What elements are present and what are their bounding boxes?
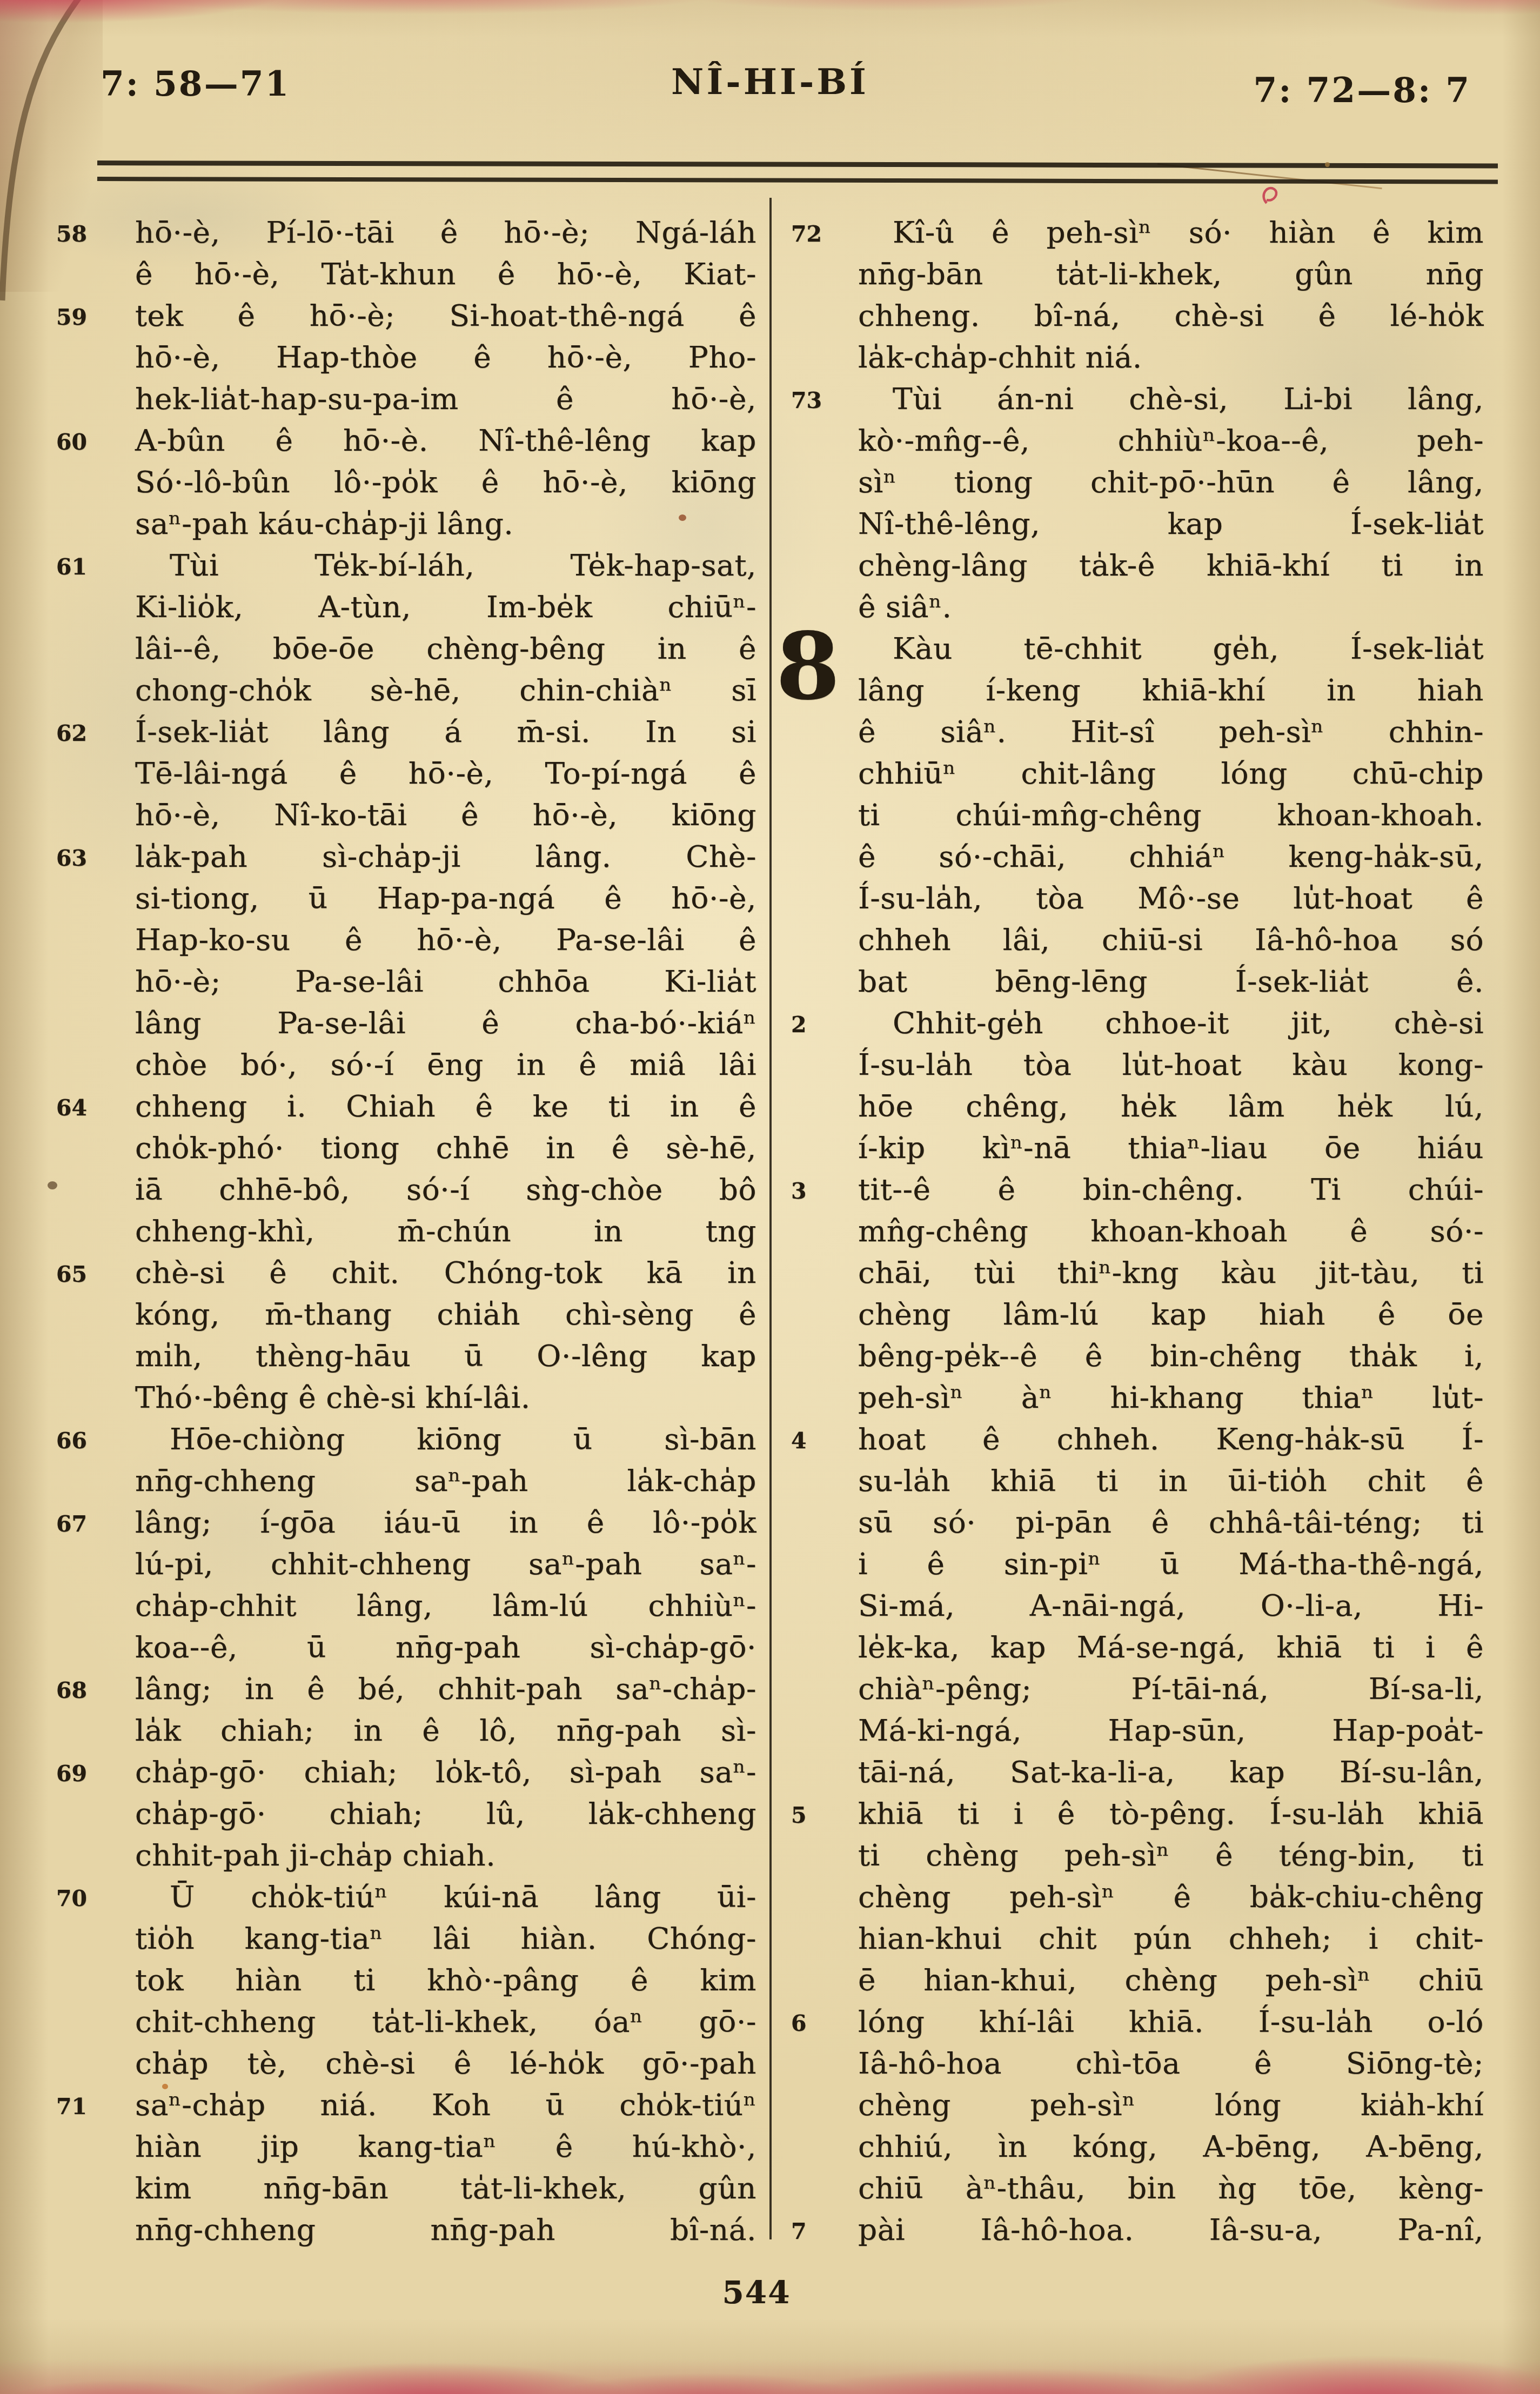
verse-number: 72 bbox=[791, 213, 840, 255]
text-line: kim nn̄g-bān ta̍t-li-khek, gûn bbox=[135, 2168, 756, 2209]
line-text: Ū cho̍k-tiúⁿ kúi-nā lâng ūi- bbox=[170, 1880, 756, 1914]
line-text: chhit-pah ji-cha̍p chiah. bbox=[135, 1838, 496, 1873]
line-text: la̍k-pah sì-cha̍p-ji lâng. Chè- bbox=[135, 839, 756, 874]
line-text: ê hō·-è, Ta̍t-khun ê hō·-è, Kiat- bbox=[135, 257, 756, 291]
text-line: i ê sin-piⁿ ū Má-tha-thê-ngá, bbox=[858, 1543, 1484, 1585]
header-rule bbox=[97, 161, 1498, 184]
verse-number: 7 bbox=[791, 2211, 840, 2252]
text-line: cha̍p tè, chè-si ê lé-ho̍k gō·-pah bbox=[135, 2043, 756, 2084]
verse-number: 62 bbox=[56, 713, 105, 754]
verse-number: 59 bbox=[56, 297, 105, 338]
text-line: kò·-mn̂g--ê, chhiùⁿ-koa--ê, peh- bbox=[858, 420, 1484, 462]
line-text: lâng Pa-se-lâi ê cha-bó·-kiáⁿ bbox=[135, 1006, 756, 1040]
line-text: chheng. bî-ná, chè-si ê lé-ho̍k bbox=[858, 298, 1484, 333]
line-text: ti chèng peh-sìⁿ ê téng-bin, ti bbox=[858, 1838, 1484, 1873]
verse-number: 70 bbox=[56, 1878, 105, 1920]
text-line: peh-sìⁿ àⁿ hi-khang thiaⁿ lu̍t- bbox=[858, 1377, 1484, 1419]
text-line: 60A-bûn ê hō·-è. Nî-thê-lêng kap bbox=[135, 420, 756, 462]
text-line: hō·-è, Nî-ko-tāi ê hō·-è, kiōng bbox=[135, 794, 756, 836]
text-line: ê hō·-è, Ta̍t-khun ê hō·-è, Kiat- bbox=[135, 253, 756, 295]
text-line: bêng-pe̍k--ê ê bin-chêng tha̍k i, bbox=[858, 1335, 1484, 1377]
text-line: 5khiā ti i ê tò-pêng. Í-su-la̍h khiā bbox=[858, 1793, 1484, 1835]
line-text: kim nn̄g-bān ta̍t-li-khek, gûn bbox=[135, 2171, 756, 2205]
text-line: ti chèng peh-sìⁿ ê téng-bin, ti bbox=[858, 1835, 1484, 1876]
line-text: Tē-lâi-ngá ê hō·-è, To-pí-ngá ê bbox=[135, 756, 756, 791]
line-text: chèng peh-sìⁿ lóng kia̍h-khí bbox=[858, 2088, 1484, 2122]
line-text: lâng í-keng khiā-khí in hiah bbox=[858, 673, 1484, 707]
line-text: Hōe-chiòng kiōng ū sì-bān bbox=[170, 1422, 756, 1456]
text-line: 67lâng; í-gōa iáu-ū in ê lô·-po̍k bbox=[135, 1502, 756, 1543]
text-line: chhiú, ìn kóng, A-bēng, A-bēng, bbox=[858, 2126, 1484, 2168]
text-line: hek-lia̍t-hap-su-pa-im ê hō·-è, bbox=[135, 378, 756, 420]
text-line: 66Hōe-chiòng kiōng ū sì-bān bbox=[135, 1419, 756, 1460]
text-line: tok hiàn ti khò·-pâng ê kim bbox=[135, 1960, 756, 2001]
text-line: iā chhē-bô, só·-í sǹg-chòe bô bbox=[135, 1169, 756, 1211]
text-line: chāi, tùi thiⁿ-kng kàu jit-tàu, ti bbox=[858, 1252, 1484, 1294]
verse-number: 67 bbox=[56, 1503, 105, 1545]
speck bbox=[48, 1181, 57, 1189]
text-line: nn̄g-bān ta̍t-li-khek, gûn nn̄g bbox=[858, 253, 1484, 295]
text-line: ti chúi-mn̂g-chêng khoan-khoah. bbox=[858, 794, 1484, 836]
text-line: Nî-thê-lêng, kap Í-sek-lia̍t bbox=[858, 503, 1484, 545]
line-text: nn̄g-chheng nn̄g-pah bî-ná. bbox=[135, 2212, 756, 2247]
line-text: Chhit-ge̍h chhoe-it jit, chè-si bbox=[893, 1006, 1484, 1040]
line-text: Só·-lô-bûn lô·-po̍k ê hō·-è, kiōng bbox=[135, 465, 756, 499]
text-line: chòe bó·, só·-í ēng in ê miâ lâi bbox=[135, 1044, 756, 1086]
line-text: cho̍k-phó· tiong chhē in ê sè-hē, bbox=[135, 1131, 756, 1165]
line-text: hō·-è, Pí-lō·-tāi ê hō·-è; Ngá-láh bbox=[135, 215, 756, 250]
text-line: le̍k-ka, kap Má-se-ngá, khiā ti i ê bbox=[858, 1627, 1484, 1668]
line-text: Hap-ko-su ê hō·-è, Pa-se-lâi ê bbox=[135, 922, 756, 957]
text-line: Tē-lâi-ngá ê hō·-è, To-pí-ngá ê bbox=[135, 753, 756, 794]
line-text: ê siâⁿ. bbox=[858, 590, 952, 624]
text-line: Só·-lô-bûn lô·-po̍k ê hō·-è, kiōng bbox=[135, 462, 756, 503]
text-line: chheng. bî-ná, chè-si ê lé-ho̍k bbox=[858, 295, 1484, 337]
line-text: cha̍p-chhit lâng, lâm-lú chhiùⁿ- bbox=[135, 1588, 756, 1623]
text-line: ê só·-chāi, chhiáⁿ keng-ha̍k-sū, bbox=[858, 836, 1484, 878]
line-text: Tùi án-ni chè-si, Li-bi lâng, bbox=[893, 382, 1484, 416]
verse-number: 65 bbox=[56, 1254, 105, 1295]
text-line: mi̍h, thèng-hāu ū O·-lêng kap bbox=[135, 1335, 756, 1377]
text-line: hiàn jip kang-tiaⁿ ê hú-khò·, bbox=[135, 2126, 756, 2168]
text-line: su-la̍h khiā ti in ūi-tio̍h chit ê bbox=[858, 1460, 1484, 1502]
text-line: lú-pi, chhit-chheng saⁿ-pah saⁿ- bbox=[135, 1543, 756, 1585]
line-text: i ê sin-piⁿ ū Má-tha-thê-ngá, bbox=[858, 1547, 1484, 1581]
line-text: tok hiàn ti khò·-pâng ê kim bbox=[135, 1963, 756, 1997]
text-line: kóng, m̄-thang chia̍h chì-sèng ê bbox=[135, 1294, 756, 1335]
book-page: 7: 58—71 NÎ-HI-BÍ 7: 72—8: 7 58hō·-è, Pí… bbox=[0, 0, 1540, 2394]
left-column: 58hō·-è, Pí-lō·-tāi ê hō·-è; Ngá-láhê hō… bbox=[135, 212, 756, 2251]
line-text: ti chúi-mn̂g-chêng khoan-khoah. bbox=[858, 798, 1484, 832]
line-text: chiàⁿ-pêng; Pí-tāi-ná, Bí-sa-li, bbox=[858, 1671, 1484, 1706]
line-text: hō·-è, Hap-thòe ê hō·-è, Pho- bbox=[135, 340, 756, 375]
text-line: 4hoat ê chheh. Keng-ha̍k-sū Í- bbox=[858, 1419, 1484, 1460]
text-line: nn̄g-chheng nn̄g-pah bî-ná. bbox=[135, 2209, 756, 2251]
line-text: cha̍p-gō· chiah; lo̍k-tô, sì-pah saⁿ- bbox=[135, 1755, 756, 1789]
line-text: kò·-mn̂g--ê, chhiùⁿ-koa--ê, peh- bbox=[858, 423, 1484, 458]
verse-number: 4 bbox=[791, 1420, 840, 1462]
line-text: tāi-ná, Sat-ka-li-a, kap Bí-su-lân, bbox=[858, 1755, 1484, 1789]
text-line: ê siâⁿ. bbox=[858, 586, 1484, 628]
right-column: 72Kî-û ê peh-sìⁿ só· hiàn ê kimnn̄g-bān … bbox=[858, 212, 1484, 2251]
line-text: pài Iâ-hô-hoa. Iâ-su-a, Pa-nî, bbox=[858, 2212, 1484, 2247]
text-line: tio̍h kang-tiaⁿ lâi hiàn. Chóng- bbox=[135, 1918, 756, 1960]
line-text: bêng-pe̍k--ê ê bin-chêng tha̍k i, bbox=[858, 1339, 1484, 1373]
line-text: kóng, m̄-thang chia̍h chì-sèng ê bbox=[135, 1297, 756, 1332]
text-line: 68lâng; in ê bé, chhit-pah saⁿ-cha̍p- bbox=[135, 1668, 756, 1710]
line-text: tio̍h kang-tiaⁿ lâi hiàn. Chóng- bbox=[135, 1921, 756, 1956]
text-line: saⁿ-pah káu-cha̍p-ji lâng. bbox=[135, 503, 756, 545]
line-text: chheng i. Chiah ê ke ti in ê bbox=[135, 1089, 756, 1124]
line-text: Nî-thê-lêng, kap Í-sek-lia̍t bbox=[858, 506, 1484, 541]
text-line: sū só· pi-pān ê chhâ-tâi-téng; ti bbox=[858, 1502, 1484, 1543]
text-line: chhit-pah ji-cha̍p chiah. bbox=[135, 1835, 756, 1876]
verse-number: 73 bbox=[791, 380, 840, 422]
line-text: iā chhē-bô, só·-í sǹg-chòe bô bbox=[135, 1172, 756, 1207]
verse-number: 6 bbox=[791, 2003, 840, 2044]
line-text: ê siâⁿ. Hit-sî peh-sìⁿ chhin- bbox=[858, 714, 1484, 749]
line-text: chong-cho̍k sè-hē, chin-chiàⁿ sī bbox=[135, 673, 756, 707]
verse-number: 5 bbox=[791, 1795, 840, 1836]
line-text: tek ê hō·-è; Si-hoat-thê-ngá ê bbox=[135, 298, 756, 333]
line-text: su-la̍h khiā ti in ūi-tio̍h chit ê bbox=[858, 1463, 1484, 1498]
line-text: Si-má, A-nāi-ngá, O·-li-a, Hi- bbox=[858, 1588, 1484, 1623]
text-line: sìⁿ tiong chit-pō·-hūn ê lâng, bbox=[858, 462, 1484, 503]
line-text: nn̄g-bān ta̍t-li-khek, gûn nn̄g bbox=[858, 257, 1484, 291]
line-text: hek-lia̍t-hap-su-pa-im ê hō·-è, bbox=[135, 382, 756, 416]
line-text: chheh lâi, chiū-si Iâ-hô-hoa só bbox=[858, 922, 1484, 957]
text-line: cha̍p-chhit lâng, lâm-lú chhiùⁿ- bbox=[135, 1585, 756, 1627]
text-line: cho̍k-phó· tiong chhē in ê sè-hē, bbox=[135, 1127, 756, 1169]
text-line: Hap-ko-su ê hō·-è, Pa-se-lâi ê bbox=[135, 919, 756, 961]
text-line: 69cha̍p-gō· chiah; lo̍k-tô, sì-pah saⁿ- bbox=[135, 1751, 756, 1793]
text-line: 64chheng i. Chiah ê ke ti in ê bbox=[135, 1086, 756, 1127]
text-line: la̍k chiah; in ê lô, nn̄g-pah sì- bbox=[135, 1710, 756, 1751]
line-text: saⁿ-pah káu-cha̍p-ji lâng. bbox=[135, 506, 513, 541]
text-line: chheh lâi, chiū-si Iâ-hô-hoa só bbox=[858, 919, 1484, 961]
line-text: cha̍p-gō· chiah; lû, la̍k-chheng bbox=[135, 1796, 756, 1831]
text-line: chèng peh-sìⁿ lóng kia̍h-khí bbox=[858, 2084, 1484, 2126]
header-verse-range-right: 7: 72—8: 7 bbox=[1253, 70, 1471, 110]
text-line: 7pài Iâ-hô-hoa. Iâ-su-a, Pa-nî, bbox=[858, 2209, 1484, 2251]
line-text: hō·-è, Nî-ko-tāi ê hō·-è, kiōng bbox=[135, 798, 756, 832]
line-text: koa--ê, ū nn̄g-pah sì-cha̍p-gō· bbox=[135, 1630, 756, 1664]
verse-number: 61 bbox=[56, 546, 105, 588]
line-text: Í-su-la̍h tòa lu̍t-hoat kàu kong- bbox=[858, 1047, 1484, 1082]
line-text: Iâ-hô-hoa chì-tōa ê Siōng-tè; bbox=[858, 2046, 1484, 2081]
text-line: nn̄g-chheng saⁿ-pah la̍k-cha̍p bbox=[135, 1460, 756, 1502]
text-line: chheng-khì, m̄-chún in tng bbox=[135, 1211, 756, 1252]
text-line: Iâ-hô-hoa chì-tōa ê Siōng-tè; bbox=[858, 2043, 1484, 2084]
line-text: lóng khí-lâi khiā. Í-su-la̍h o-ló bbox=[858, 2004, 1484, 2039]
line-text: hōe chêng, he̍k lâm he̍k lú, bbox=[858, 1089, 1484, 1124]
text-line: lâng Pa-se-lâi ê cha-bó·-kiáⁿ bbox=[135, 1002, 756, 1044]
text-line: Má-ki-ngá, Hap-sūn, Hap-poa̍t- bbox=[858, 1710, 1484, 1751]
line-text: Kàu tē-chhit ge̍h, Í-sek-lia̍t bbox=[893, 631, 1484, 666]
text-line: lâi--ê, bōe-ōe chèng-bêng in ê bbox=[135, 628, 756, 670]
line-text: bat bēng-lēng Í-sek-lia̍t ê. bbox=[858, 964, 1484, 999]
line-text: nn̄g-chheng saⁿ-pah la̍k-cha̍p bbox=[135, 1463, 756, 1498]
text-line: tāi-ná, Sat-ka-li-a, kap Bí-su-lân, bbox=[858, 1751, 1484, 1793]
page-edge-tint-bottom bbox=[0, 2324, 1540, 2394]
line-text: hō·-è; Pa-se-lâi chhōa Ki-lia̍t bbox=[135, 964, 756, 999]
verse-number: 64 bbox=[56, 1087, 105, 1129]
line-text: sìⁿ tiong chit-pō·-hūn ê lâng, bbox=[858, 465, 1484, 499]
line-text: Ki-lio̍k, A-tùn, Im-be̍k chiūⁿ- bbox=[135, 590, 756, 624]
verse-number: 68 bbox=[56, 1670, 105, 1711]
text-line: 63la̍k-pah sì-cha̍p-ji lâng. Chè- bbox=[135, 836, 756, 878]
line-text: mn̂g-chêng khoan-khoah ê só·- bbox=[858, 1214, 1484, 1248]
text-line: bat bēng-lēng Í-sek-lia̍t ê. bbox=[858, 961, 1484, 1002]
line-text: lú-pi, chhit-chheng saⁿ-pah saⁿ- bbox=[135, 1547, 756, 1581]
text-line: chhiūⁿ chit-lâng lóng chū-chi̍p bbox=[858, 753, 1484, 794]
text-line: lâng í-keng khiā-khí in hiah bbox=[858, 670, 1484, 711]
line-text: Kî-û ê peh-sìⁿ só· hiàn ê kim bbox=[893, 215, 1484, 250]
line-text: Tùi Te̍k-bí-láh, Te̍k-hap-sat, bbox=[170, 548, 756, 583]
line-text: Má-ki-ngá, Hap-sūn, Hap-poa̍t- bbox=[858, 1713, 1484, 1748]
verse-number: 66 bbox=[56, 1420, 105, 1462]
line-text: A-bûn ê hō·-è. Nî-thê-lêng kap bbox=[135, 423, 756, 458]
line-text: chheng-khì, m̄-chún in tng bbox=[135, 1214, 756, 1248]
line-text: hiàn jip kang-tiaⁿ ê hú-khò·, bbox=[135, 2129, 756, 2164]
text-line: 3tit--ê ê bin-chêng. Ti chúi- bbox=[858, 1169, 1484, 1211]
text-line: cha̍p-gō· chiah; lû, la̍k-chheng bbox=[135, 1793, 756, 1835]
text-line: si-tiong, ū Hap-pa-ngá ê hō·-è, bbox=[135, 878, 756, 919]
text-line: 65chè-si ê chit. Chóng-tok kā in bbox=[135, 1252, 756, 1294]
text-line: mn̂g-chêng khoan-khoah ê só·- bbox=[858, 1211, 1484, 1252]
line-text: í-kip kìⁿ-nā thiaⁿ-liau ōe hiáu bbox=[858, 1131, 1484, 1165]
text-line: ê siâⁿ. Hit-sî peh-sìⁿ chhin- bbox=[858, 711, 1484, 753]
line-text: chèng lâm-lú kap hiah ê ōe bbox=[858, 1297, 1484, 1332]
line-text: chòe bó·, só·-í ēng in ê miâ lâi bbox=[135, 1047, 756, 1082]
line-text: mi̍h, thèng-hāu ū O·-lêng kap bbox=[135, 1339, 756, 1373]
line-text: peh-sìⁿ àⁿ hi-khang thiaⁿ lu̍t- bbox=[858, 1380, 1484, 1415]
text-line: 62Í-sek-lia̍t lâng á m̄-si. In si bbox=[135, 711, 756, 753]
text-line: 70Ū cho̍k-tiúⁿ kúi-nā lâng ūi- bbox=[135, 1876, 756, 1918]
text-line: Si-má, A-nāi-ngá, O·-li-a, Hi- bbox=[858, 1585, 1484, 1627]
page-number: 544 bbox=[0, 2274, 1513, 2311]
line-text: chit-chheng ta̍t-li-khek, óaⁿ gō·- bbox=[135, 2004, 756, 2039]
text-line: chong-cho̍k sè-hē, chin-chiàⁿ sī bbox=[135, 670, 756, 711]
text-line: Thó·-bêng ê chè-si khí-lâi. bbox=[135, 1377, 756, 1419]
page-edge-tint-top bbox=[0, 0, 1540, 38]
line-text: chiū àⁿ-thâu, bin ǹg tōe, kèng- bbox=[858, 2171, 1484, 2205]
text-line: 72Kî-û ê peh-sìⁿ só· hiàn ê kim bbox=[858, 212, 1484, 253]
line-text: chhiūⁿ chit-lâng lóng chū-chi̍p bbox=[858, 756, 1484, 791]
text-line: 73Tùi án-ni chè-si, Li-bi lâng, bbox=[858, 378, 1484, 420]
text-line: chèng-lâng ta̍k-ê khiā-khí ti in bbox=[858, 545, 1484, 586]
text-line: 2Chhit-ge̍h chhoe-it jit, chè-si bbox=[858, 1002, 1484, 1044]
line-text: Í-su-la̍h, tòa Mô·-se lu̍t-hoat ê bbox=[858, 881, 1484, 915]
line-text: sū só· pi-pān ê chhâ-tâi-téng; ti bbox=[858, 1505, 1484, 1540]
text-line: chit-chheng ta̍t-li-khek, óaⁿ gō·- bbox=[135, 2001, 756, 2043]
line-text: chè-si ê chit. Chóng-tok kā in bbox=[135, 1255, 756, 1290]
line-text: chhiú, ìn kóng, A-bēng, A-bēng, bbox=[858, 2129, 1484, 2164]
text-line: Í-su-la̍h, tòa Mô·-se lu̍t-hoat ê bbox=[858, 878, 1484, 919]
text-line: chiàⁿ-pêng; Pí-tāi-ná, Bí-sa-li, bbox=[858, 1668, 1484, 1710]
line-text: lâi--ê, bōe-ōe chèng-bêng in ê bbox=[135, 631, 756, 666]
red-pen-mark bbox=[1253, 178, 1290, 216]
line-text: lâng; in ê bé, chhit-pah saⁿ-cha̍p- bbox=[135, 1671, 756, 1706]
text-line: 71saⁿ-cha̍p niá. Koh ū cho̍k-tiúⁿ bbox=[135, 2084, 756, 2126]
text-line: 8Kàu tē-chhit ge̍h, Í-sek-lia̍t bbox=[858, 628, 1484, 670]
text-line: í-kip kìⁿ-nā thiaⁿ-liau ōe hiáu bbox=[858, 1127, 1484, 1169]
text-line: la̍k-cha̍p-chhit niá. bbox=[858, 337, 1484, 378]
text-line: 58hō·-è, Pí-lō·-tāi ê hō·-è; Ngá-láh bbox=[135, 212, 756, 253]
line-text: hoat ê chheh. Keng-ha̍k-sū Í- bbox=[858, 1422, 1484, 1456]
text-line: hō·-è; Pa-se-lâi chhōa Ki-lia̍t bbox=[135, 961, 756, 1002]
line-text: tit--ê ê bin-chêng. Ti chúi- bbox=[858, 1172, 1484, 1207]
line-text: chèng-lâng ta̍k-ê khiā-khí ti in bbox=[858, 548, 1484, 583]
column-divider bbox=[769, 198, 772, 2239]
text-line: chèng lâm-lú kap hiah ê ōe bbox=[858, 1294, 1484, 1335]
line-text: si-tiong, ū Hap-pa-ngá ê hō·-è, bbox=[135, 881, 756, 915]
text-line: hōe chêng, he̍k lâm he̍k lú, bbox=[858, 1086, 1484, 1127]
text-line: 61Tùi Te̍k-bí-láh, Te̍k-hap-sat, bbox=[135, 545, 756, 586]
verse-number: 58 bbox=[56, 213, 105, 255]
text-line: chèng peh-sìⁿ ê ba̍k-chiu-chêng bbox=[858, 1876, 1484, 1918]
text-line: hian-khui chit pún chheh; i chit- bbox=[858, 1918, 1484, 1960]
text-line: chiū àⁿ-thâu, bin ǹg tōe, kèng- bbox=[858, 2168, 1484, 2209]
text-line: koa--ê, ū nn̄g-pah sì-cha̍p-gō· bbox=[135, 1627, 756, 1668]
verse-number: 63 bbox=[56, 838, 105, 879]
text-line: hō·-è, Hap-thòe ê hō·-è, Pho- bbox=[135, 337, 756, 378]
line-text: ē hian-khui, chèng peh-sìⁿ chiū bbox=[858, 1963, 1484, 1997]
line-text: le̍k-ka, kap Má-se-ngá, khiā ti i ê bbox=[858, 1630, 1484, 1664]
line-text: saⁿ-cha̍p niá. Koh ū cho̍k-tiúⁿ bbox=[135, 2088, 756, 2122]
line-text: cha̍p tè, chè-si ê lé-ho̍k gō·-pah bbox=[135, 2046, 756, 2081]
line-text: Thó·-bêng ê chè-si khí-lâi. bbox=[135, 1380, 531, 1415]
text-line: 59tek ê hō·-è; Si-hoat-thê-ngá ê bbox=[135, 295, 756, 337]
text-line: Ki-lio̍k, A-tùn, Im-be̍k chiūⁿ- bbox=[135, 586, 756, 628]
text-line: Í-su-la̍h tòa lu̍t-hoat kàu kong- bbox=[858, 1044, 1484, 1086]
line-text: lâng; í-gōa iáu-ū in ê lô·-po̍k bbox=[135, 1505, 756, 1540]
verse-number: 60 bbox=[56, 422, 105, 463]
verse-number: 71 bbox=[56, 2086, 105, 2128]
line-text: hian-khui chit pún chheh; i chit- bbox=[858, 1921, 1484, 1956]
verse-number: 69 bbox=[56, 1753, 105, 1795]
line-text: la̍k chiah; in ê lô, nn̄g-pah sì- bbox=[135, 1713, 756, 1748]
line-text: chèng peh-sìⁿ ê ba̍k-chiu-chêng bbox=[858, 1880, 1484, 1914]
line-text: khiā ti i ê tò-pêng. Í-su-la̍h khiā bbox=[858, 1796, 1484, 1831]
line-text: Í-sek-lia̍t lâng á m̄-si. In si bbox=[135, 714, 756, 749]
line-text: la̍k-cha̍p-chhit niá. bbox=[858, 340, 1142, 375]
chapter-number: 8 bbox=[776, 624, 841, 710]
verse-number: 2 bbox=[791, 1004, 840, 1046]
text-line: ē hian-khui, chèng peh-sìⁿ chiū bbox=[858, 1960, 1484, 2001]
text-line: 6lóng khí-lâi khiā. Í-su-la̍h o-ló bbox=[858, 2001, 1484, 2043]
verse-number: 3 bbox=[791, 1171, 840, 1212]
line-text: chāi, tùi thiⁿ-kng kàu jit-tàu, ti bbox=[858, 1255, 1484, 1290]
line-text: ê só·-chāi, chhiáⁿ keng-ha̍k-sū, bbox=[858, 839, 1484, 874]
